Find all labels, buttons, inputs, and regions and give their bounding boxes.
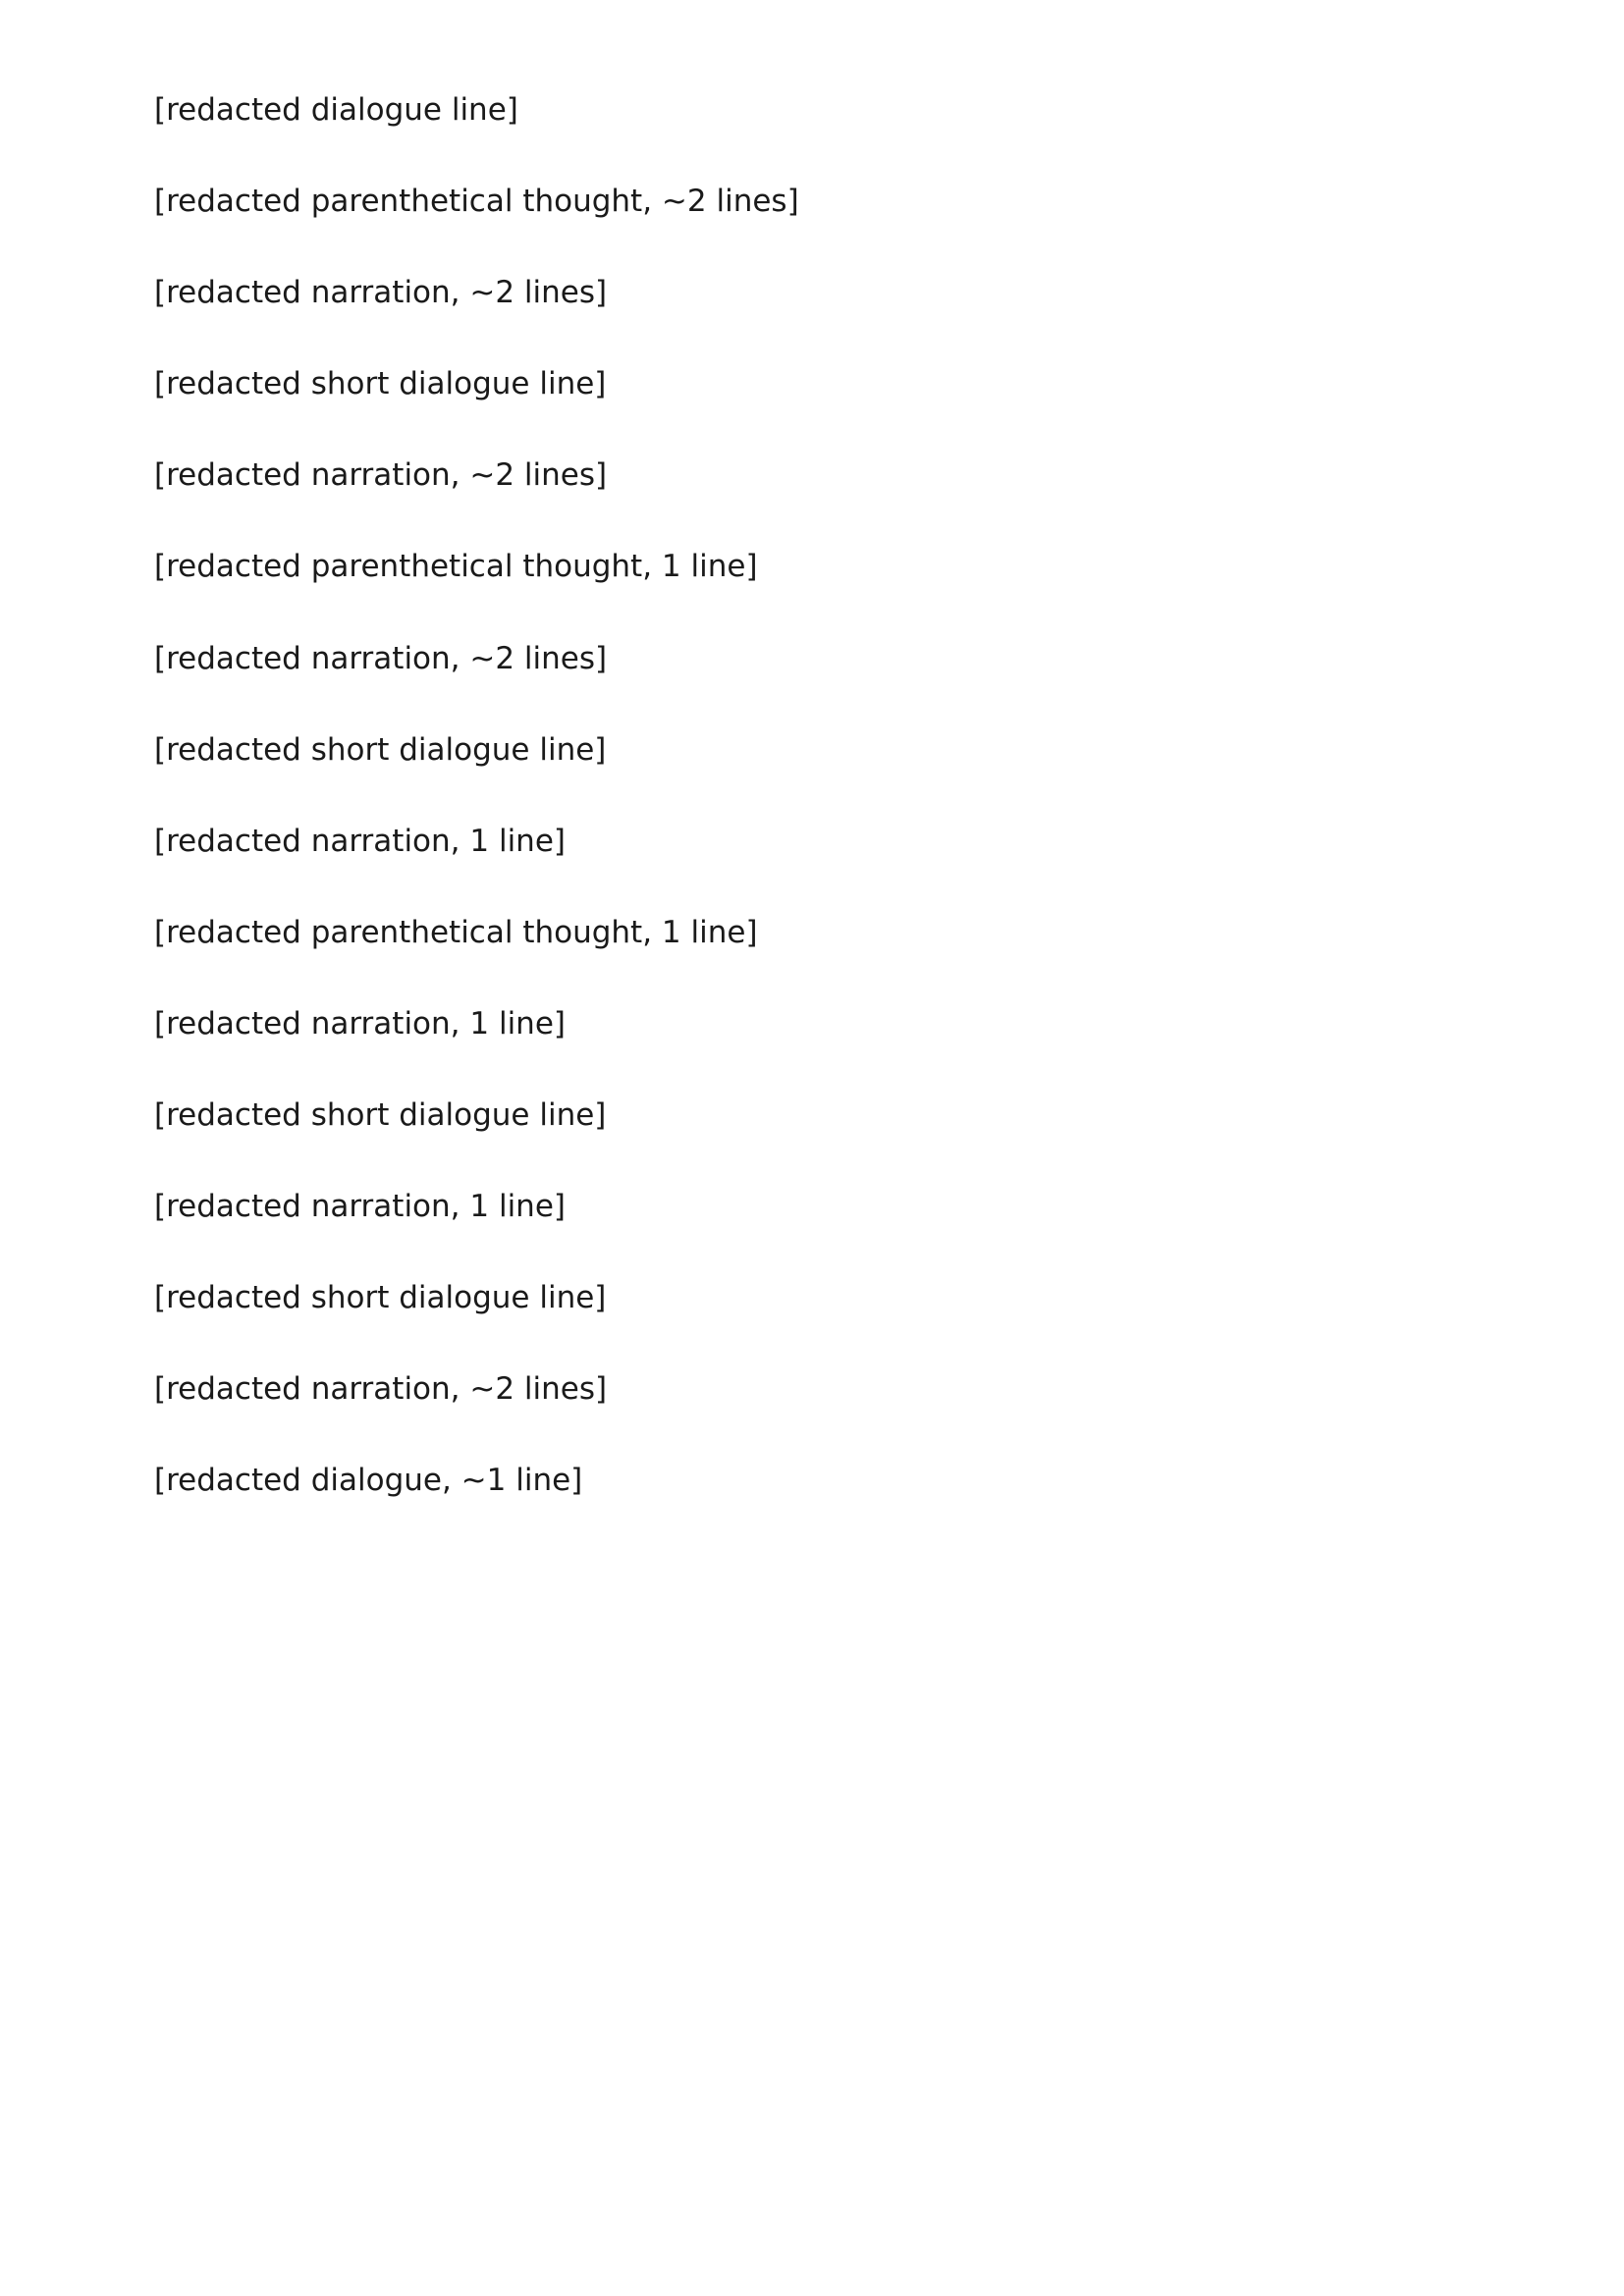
paragraph: [redacted short dialogue line] [93, 352, 1531, 416]
paragraph: [redacted narration, ~2 lines] [93, 261, 1531, 325]
paragraph: [redacted narration, ~2 lines] [93, 627, 1531, 691]
paragraph: [redacted narration, 1 line] [93, 810, 1531, 874]
paragraph: [redacted short dialogue line] [93, 1266, 1531, 1330]
paragraph: [redacted narration, ~2 lines] [93, 444, 1531, 507]
paragraph: [redacted narration, 1 line] [93, 992, 1531, 1056]
paragraph: [redacted parenthetical thought, ~2 line… [93, 170, 1531, 234]
paragraph: [redacted parenthetical thought, 1 line] [93, 901, 1531, 965]
paragraph: [redacted narration, 1 line] [93, 1175, 1531, 1239]
paragraph: [redacted dialogue, ~1 line] [93, 1449, 1531, 1513]
paragraph: [redacted parenthetical thought, 1 line] [93, 535, 1531, 599]
paragraph: [redacted short dialogue line] [93, 1084, 1531, 1148]
paragraph: [redacted short dialogue line] [93, 719, 1531, 782]
paragraph: [redacted narration, ~2 lines] [93, 1358, 1531, 1421]
document-page: [redacted dialogue line][redacted parent… [0, 0, 1624, 2296]
paragraph: [redacted dialogue line] [93, 79, 1531, 142]
